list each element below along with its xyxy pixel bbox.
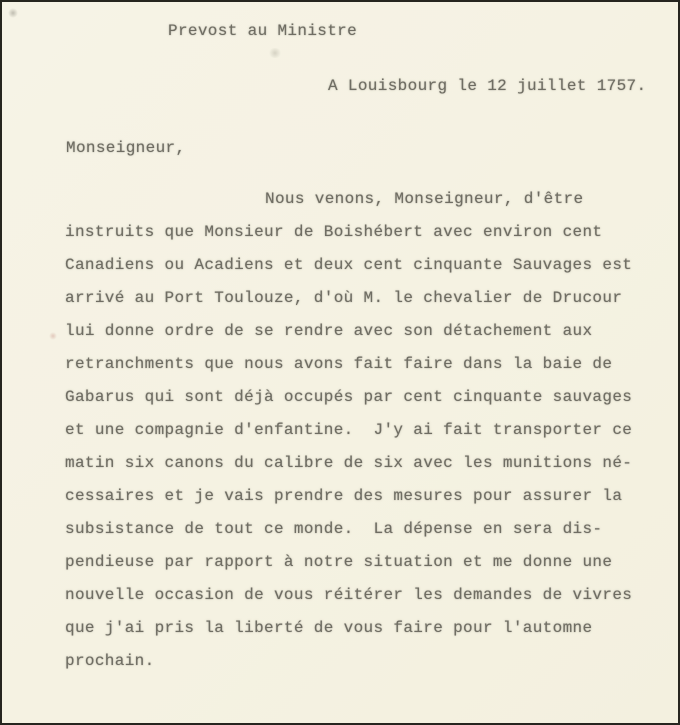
letter-body-line: Gabarus qui sont déjà occupés par cent c… bbox=[65, 388, 655, 421]
letter-body-line: cessaires et je vais prendre des mesures… bbox=[65, 487, 655, 520]
letter-body-line: subsistance de tout ce monde. La dépense… bbox=[65, 520, 655, 553]
letter-heading: Prevost au Ministre bbox=[168, 22, 357, 40]
letter-body: Nous venons, Monseigneur, d'être instrui… bbox=[65, 190, 655, 685]
letter-body-line: instruits que Monsieur de Boishébert ave… bbox=[65, 223, 655, 256]
letter-body-line: Nous venons, Monseigneur, d'être bbox=[65, 190, 655, 223]
letter-body-line: retranchments que nous avons fait faire … bbox=[65, 355, 655, 388]
letter-salutation: Monseigneur, bbox=[66, 139, 185, 157]
letter-body-line: nouvelle occasion de vous réitérer les d… bbox=[65, 586, 655, 619]
paper-speck bbox=[49, 332, 57, 340]
letter-body-line: lui donne ordre de se rendre avec son dé… bbox=[65, 322, 655, 355]
letter-body-line: et une compagnie d'enfantine. J'y ai fai… bbox=[65, 421, 655, 454]
letter-body-line: arrivé au Port Toulouze, d'où M. le chev… bbox=[65, 289, 655, 322]
letter-body-line: que j'ai pris la liberté de vous faire p… bbox=[65, 619, 655, 652]
paper-speck bbox=[8, 8, 18, 18]
letter-body-line: pendieuse par rapport à notre situation … bbox=[65, 553, 655, 586]
letter-body-line: matin six canons du calibre de six avec … bbox=[65, 454, 655, 487]
letter-body-line: Canadiens ou Acadiens et deux cent cinqu… bbox=[65, 256, 655, 289]
letter-body-line: prochain. bbox=[65, 652, 655, 685]
letter-dateline: A Louisbourg le 12 juillet 1757. bbox=[328, 77, 646, 95]
letter-page: Prevost au Ministre A Louisbourg le 12 j… bbox=[0, 0, 680, 725]
paper-smudge bbox=[268, 48, 282, 58]
